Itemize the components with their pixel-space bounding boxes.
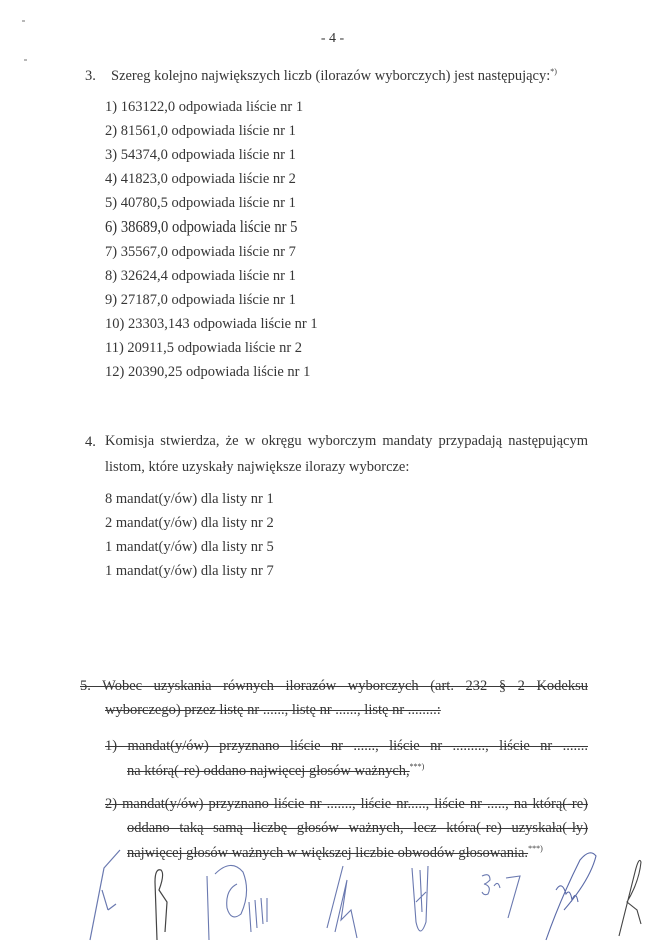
- footnote-marker: ***): [410, 762, 425, 771]
- signature-8: [615, 852, 655, 943]
- quotient-item: 2) 81561,0 odpowiada liście nr 1: [105, 123, 296, 140]
- scan-speck: [24, 59, 27, 61]
- section-5-item1-text: na którą(-re) oddano najwięcej głosów wa…: [127, 763, 410, 779]
- quotient-item: 10) 23303,143 odpowiada liście nr 1: [105, 316, 318, 333]
- quotient-item: 9) 27187,0 odpowiada liście nr 1: [105, 292, 296, 309]
- section-5-item1-line2: na którą(-re) oddano najwięcej głosów wa…: [127, 762, 424, 780]
- seat-allocation-item: 1 mandat(y/ów) dla listy nr 5: [105, 539, 274, 556]
- signature-7: [540, 850, 600, 943]
- section-4-text-line1: Komisja stwierdza, że w okręgu wyborczym…: [105, 433, 588, 450]
- section-4-number: 4.: [85, 434, 96, 451]
- seat-allocation-item: 8 mandat(y/ów) dla listy nr 1: [105, 491, 274, 508]
- signatures-row: [60, 850, 665, 943]
- quotient-item: 5) 40780,5 odpowiada liście nr 1: [105, 195, 296, 212]
- section-5-line1: 5. Wobec uzyskania równych ilorazów wybo…: [80, 678, 588, 695]
- section-5-item1-line1: 1) mandat(y/ów) przyznano liście nr ....…: [105, 738, 588, 755]
- section-3-title: Szereg kolejno największych liczb (ilora…: [111, 67, 557, 85]
- section-5-item2-line1: 2) mandat(y/ów) przyznano liście nr ....…: [105, 796, 588, 813]
- footnote-marker: *): [550, 67, 557, 76]
- section-5-item2-line2: oddano taką samą liczbę głosów ważnych, …: [127, 820, 588, 837]
- signature-4: [325, 860, 365, 943]
- signature-2: [145, 862, 170, 943]
- scan-speck: [22, 20, 25, 22]
- page-number: - 4 -: [0, 31, 665, 47]
- quotient-item: 1) 163122,0 odpowiada liście nr 1: [105, 99, 303, 116]
- signature-6-with-note: [480, 870, 530, 935]
- quotient-item: 12) 20390,25 odpowiada liście nr 1: [105, 364, 310, 381]
- quotient-item: 6) 38689,0 odpowiada liście nr 5: [105, 217, 297, 237]
- section-3-title-text: Szereg kolejno największych liczb (ilora…: [111, 68, 550, 84]
- section-5-line2: wyborczego) przez listę nr ......, listę…: [105, 702, 441, 719]
- signature-3: [203, 862, 273, 943]
- quotient-item: 3) 54374,0 odpowiada liście nr 1: [105, 147, 296, 164]
- seat-allocation-item: 1 mandat(y/ów) dla listy nr 7: [105, 563, 274, 580]
- signature-5: [408, 862, 438, 943]
- quotient-item: 7) 35567,0 odpowiada liście nr 7: [105, 244, 296, 261]
- seat-allocation-item: 2 mandat(y/ów) dla listy nr 2: [105, 515, 274, 532]
- section-4-text-line2: listom, które uzyskały największe iloraz…: [105, 459, 409, 476]
- quotient-item: 8) 32624,4 odpowiada liście nr 1: [105, 268, 296, 285]
- section-3-number: 3.: [85, 68, 96, 85]
- signature-1: [82, 850, 122, 943]
- quotient-item: 4) 41823,0 odpowiada liście nr 2: [105, 171, 296, 188]
- scanned-document-page: - 4 - 3. Szereg kolejno największych lic…: [0, 0, 665, 943]
- quotient-item: 11) 20911,5 odpowiada liście nr 2: [105, 340, 302, 357]
